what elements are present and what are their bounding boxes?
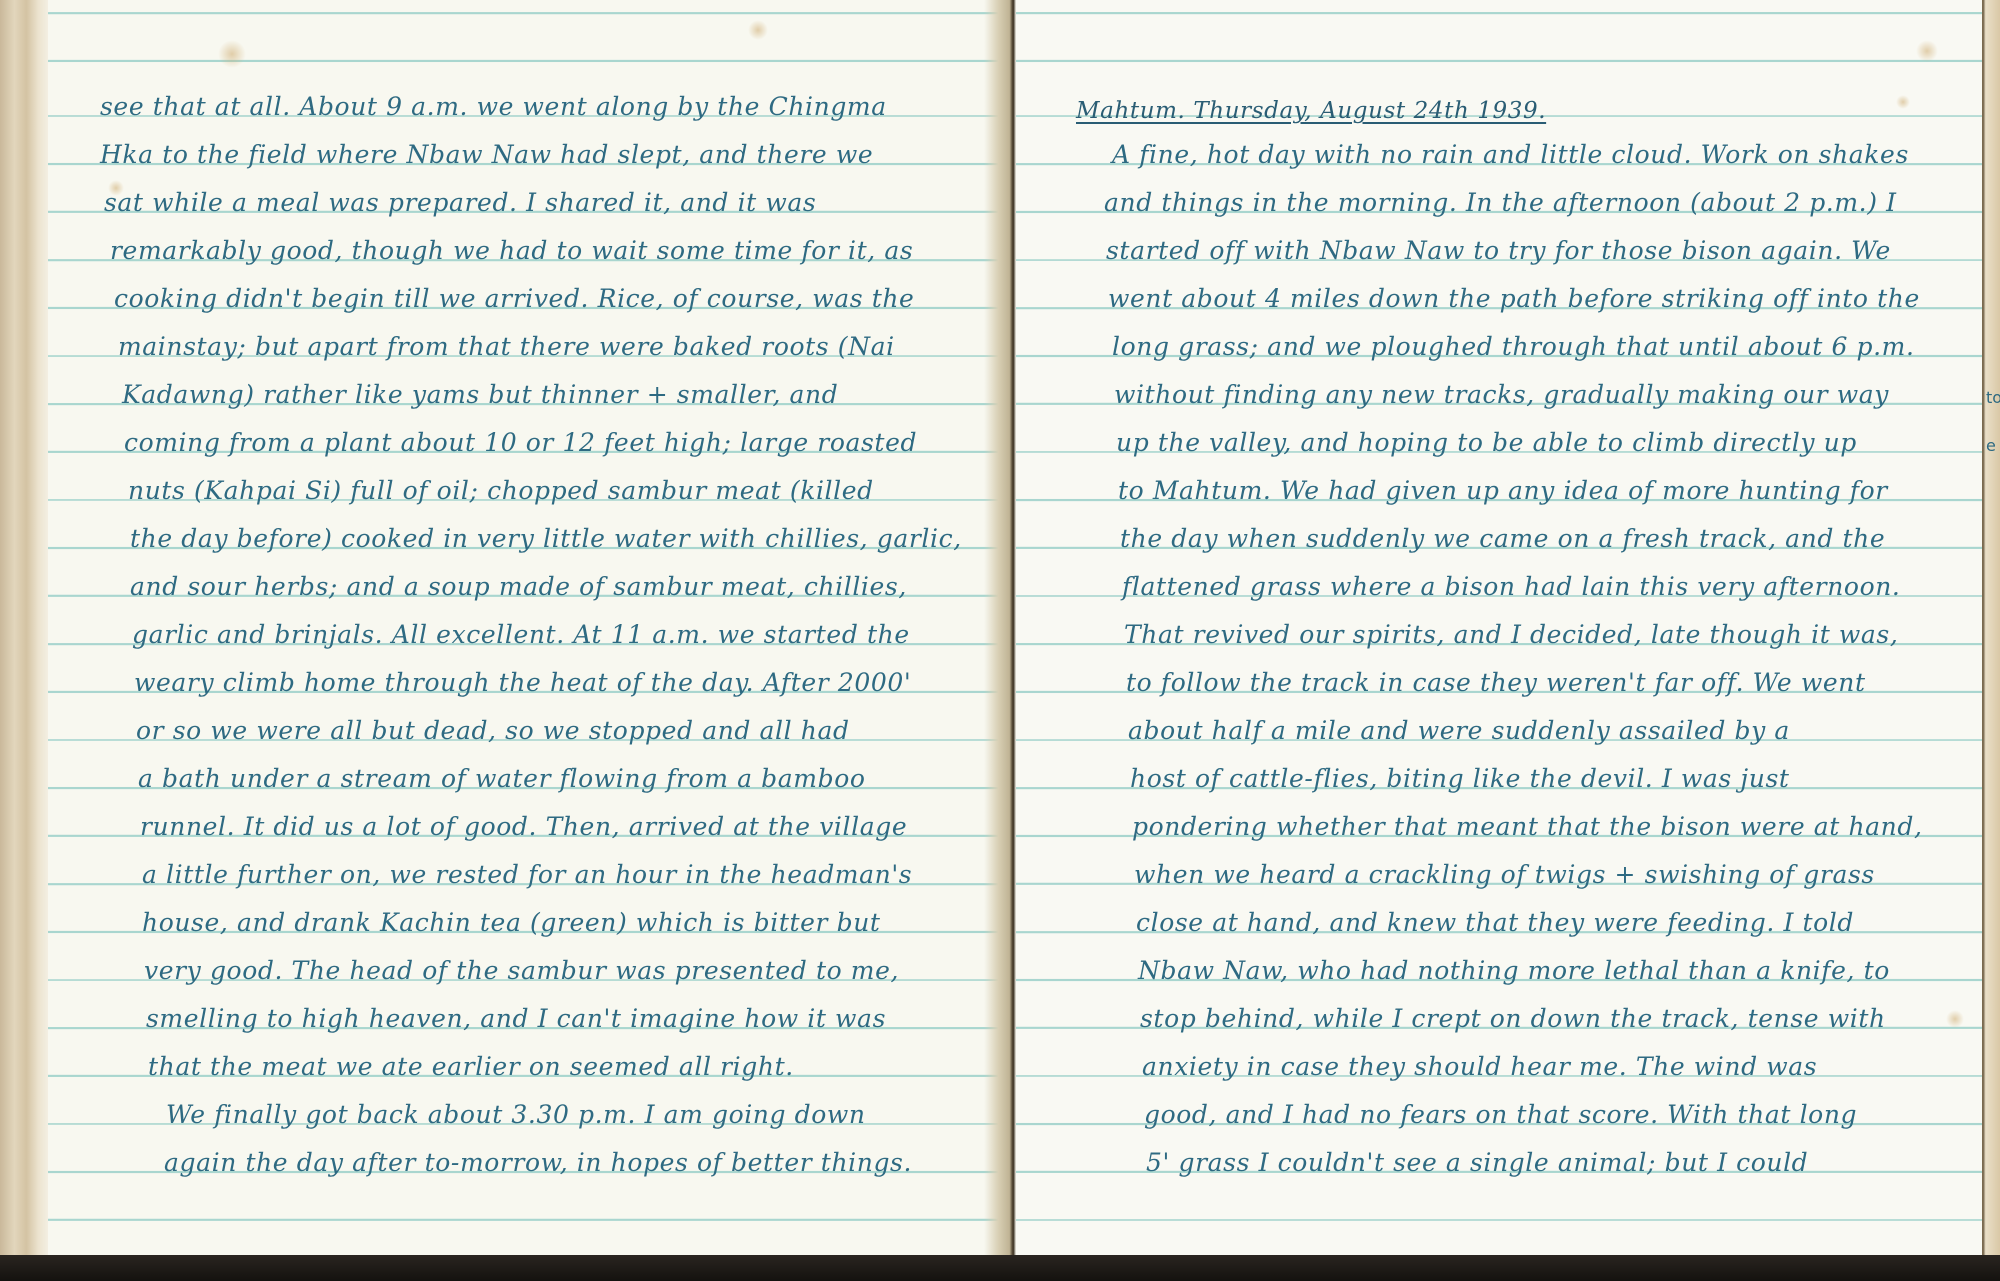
text-line: and things in the morning. In the aftern… — [1104, 188, 1897, 218]
text-line: and sour herbs; and a soup made of sambu… — [130, 572, 907, 602]
right-page: Mahtum. Thursday, August 24th 1939. A fi… — [1016, 0, 1982, 1255]
paper-stain — [1896, 95, 1910, 109]
text-line: long grass; and we ploughed through that… — [1112, 332, 1915, 362]
text-line: the day before) cooked in very little wa… — [130, 524, 962, 554]
text-line: coming from a plant about 10 or 12 feet … — [124, 428, 917, 458]
text-line: Hka to the field where Nbaw Naw had slep… — [100, 140, 873, 170]
text-line: a bath under a stream of water flowing f… — [138, 764, 866, 794]
text-line: close at hand, and knew that they were f… — [1136, 908, 1854, 938]
text-line: when we heard a crackling of twigs + swi… — [1134, 860, 1875, 890]
text-line: started off with Nbaw Naw to try for tho… — [1106, 236, 1891, 266]
text-line: A fine, hot day with no rain and little … — [1112, 140, 1909, 170]
text-line: stop behind, while I crept on down the t… — [1140, 1004, 1886, 1034]
text-line: sat while a meal was prepared. I shared … — [104, 188, 816, 218]
text-line: runnel. It did us a lot of good. Then, a… — [140, 812, 907, 842]
text-line: pondering whether that meant that the bi… — [1132, 812, 1923, 842]
text-line: weary climb home through the heat of the… — [134, 668, 911, 698]
text-line: without finding any new tracks, graduall… — [1114, 380, 1889, 410]
text-line: see that at all. About 9 a.m. we went al… — [100, 92, 887, 122]
text-line: good, and I had no fears on that score. … — [1144, 1100, 1857, 1130]
text-line: again the day after to-morrow, in hopes … — [164, 1148, 912, 1178]
margin-annotation: e — [1986, 436, 1996, 455]
open-notebook: see that at all. About 9 a.m. we went al… — [0, 0, 2000, 1255]
text-line: very good. The head of the sambur was pr… — [144, 956, 899, 986]
text-line: We finally got back about 3.30 p.m. I am… — [166, 1100, 866, 1130]
text-line: nuts (Kahpai Si) full of oil; chopped sa… — [128, 476, 874, 506]
text-line: to Mahtum. We had given up any idea of m… — [1118, 476, 1888, 506]
text-line: mainstay; but apart from that there were… — [118, 332, 895, 362]
paper-stain — [218, 40, 246, 68]
text-line: garlic and brinjals. All excellent. At 1… — [132, 620, 910, 650]
text-line: That revived our spirits, and I decided,… — [1124, 620, 1898, 650]
text-line: 5' grass I couldn't see a single animal;… — [1146, 1148, 1808, 1178]
text-line: cooking didn't begin till we arrived. Ri… — [114, 284, 914, 314]
text-line: flattened grass where a bison had lain t… — [1122, 572, 1900, 602]
text-line: remarkably good, though we had to wait s… — [110, 236, 913, 266]
text-line: up the valley, and hoping to be able to … — [1116, 428, 1857, 458]
paper-stain — [748, 20, 768, 40]
text-line: the day when suddenly we came on a fresh… — [1120, 524, 1885, 554]
text-line: smelling to high heaven, and I can't ima… — [146, 1004, 886, 1034]
left-page: see that at all. About 9 a.m. we went al… — [48, 0, 1012, 1255]
left-page-stack-edge — [0, 0, 48, 1255]
text-line: house, and drank Kachin tea (green) whic… — [142, 908, 881, 938]
paper-stain — [1916, 40, 1938, 62]
text-line: went about 4 miles down the path before … — [1108, 284, 1920, 314]
text-line: Nbaw Naw, who had nothing more lethal th… — [1138, 956, 1890, 986]
right-page-stack-edge: to e — [1982, 0, 2000, 1255]
margin-annotation: to — [1986, 388, 2000, 407]
text-line: a little further on, we rested for an ho… — [142, 860, 912, 890]
notebook-spine — [984, 0, 1016, 1255]
text-line: about half a mile and were suddenly assa… — [1128, 716, 1790, 746]
text-line: that the meat we ate earlier on seemed a… — [148, 1052, 794, 1082]
paper-stain — [1946, 1010, 1964, 1028]
text-line: or so we were all but dead, so we stoppe… — [136, 716, 850, 746]
text-line: to follow the track in case they weren't… — [1126, 668, 1866, 698]
entry-date-heading: Mahtum. Thursday, August 24th 1939. — [1076, 96, 1546, 126]
text-line: host of cattle-flies, biting like the de… — [1130, 764, 1790, 794]
background-shadow — [0, 1255, 2000, 1281]
text-line: anxiety in case they should hear me. The… — [1142, 1052, 1817, 1082]
text-line: Kadawng) rather like yams but thinner + … — [122, 380, 838, 410]
